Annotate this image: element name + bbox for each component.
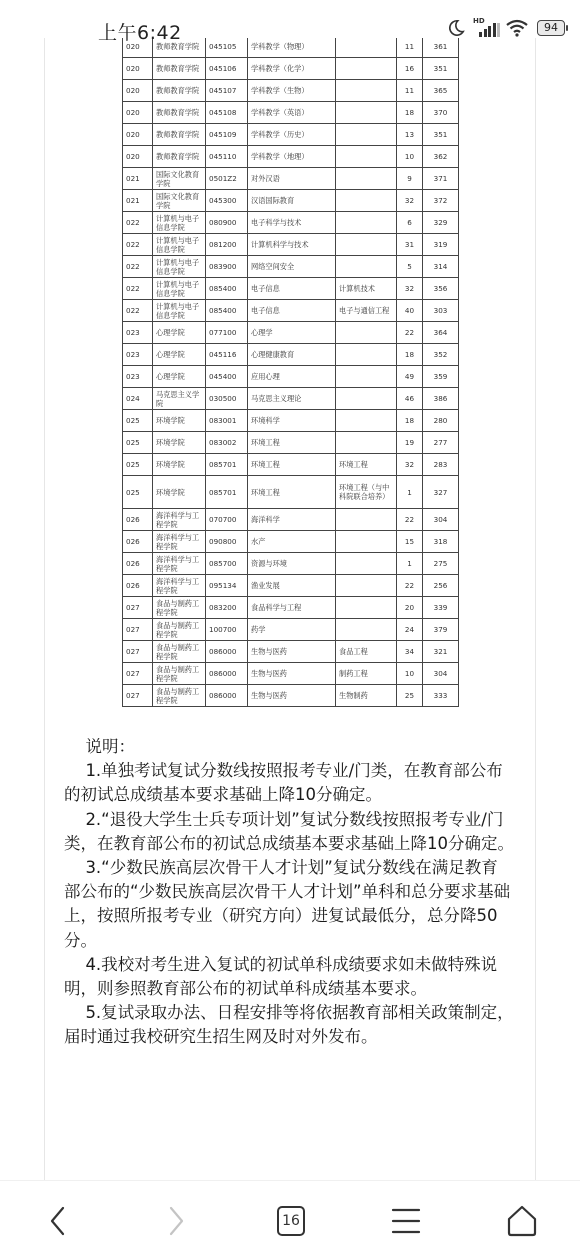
cell-major-code: 081200 (206, 234, 248, 256)
cell-major-code: 083200 (206, 597, 248, 619)
cell-major-code: 083001 (206, 410, 248, 432)
cell-count: 11 (397, 36, 423, 58)
cell-score: 352 (423, 344, 459, 366)
table-row: 020教师教育学院045109学科教学（历史）13351 (123, 124, 459, 146)
cell-code: 020 (123, 146, 153, 168)
cell-score: 277 (423, 432, 459, 454)
cell-direction (336, 388, 397, 410)
cell-major-code: 083900 (206, 256, 248, 278)
cell-direction: 食品工程 (336, 641, 397, 663)
cell-direction (336, 597, 397, 619)
cell-college: 心理学院 (153, 322, 206, 344)
cell-college: 教师教育学院 (153, 102, 206, 124)
cell-direction (336, 344, 397, 366)
cell-major-code: 045105 (206, 36, 248, 58)
cell-major-code: 045110 (206, 146, 248, 168)
cell-count: 5 (397, 256, 423, 278)
cell-college: 计算机与电子信息学院 (153, 300, 206, 322)
status-icons: HD 94 (447, 19, 568, 37)
cell-major-code: 070700 (206, 509, 248, 531)
cell-score: 362 (423, 146, 459, 168)
tabs-button[interactable]: 16 (271, 1203, 311, 1239)
table-row: 025环境学院083001环境科学18280 (123, 410, 459, 432)
cell-score: 321 (423, 641, 459, 663)
cell-major-code: 085701 (206, 454, 248, 476)
table-row: 025环境学院085701环境工程环境工程32283 (123, 454, 459, 476)
cell-score: 319 (423, 234, 459, 256)
note-item-1: 1.单独考试复试分数线按照报考专业/门类，在教育部公布的初试总成绩基本要求基础上… (64, 759, 514, 807)
cell-direction (336, 256, 397, 278)
cell-score: 280 (423, 410, 459, 432)
cell-major: 环境工程 (248, 476, 336, 509)
cell-major: 生物与医药 (248, 641, 336, 663)
cell-code: 023 (123, 322, 153, 344)
notes-section: 说明： 1.单独考试复试分数线按照报考专业/门类，在教育部公布的初试总成绩基本要… (64, 735, 514, 1050)
table-row: 023心理学院045116心理健康教育18352 (123, 344, 459, 366)
table-row: 025环境学院083002环境工程19277 (123, 432, 459, 454)
cell-major: 心理学 (248, 322, 336, 344)
table-row: 020教师教育学院045106学科教学（化学）16351 (123, 58, 459, 80)
cell-score: 275 (423, 553, 459, 575)
cell-major-code: 086000 (206, 685, 248, 707)
cell-count: 40 (397, 300, 423, 322)
cell-college: 食品与制药工程学院 (153, 663, 206, 685)
cell-score: 371 (423, 168, 459, 190)
table-row: 022计算机与电子信息学院083900网络空间安全5314 (123, 256, 459, 278)
cell-direction (336, 124, 397, 146)
wifi-icon (505, 19, 529, 37)
cell-count: 1 (397, 476, 423, 509)
cell-score: 329 (423, 212, 459, 234)
cell-college: 教师教育学院 (153, 58, 206, 80)
table-row: 023心理学院045400应用心理49359 (123, 366, 459, 388)
cell-direction (336, 509, 397, 531)
cell-score: 386 (423, 388, 459, 410)
battery-level: 94 (537, 20, 565, 36)
cell-code: 021 (123, 190, 153, 212)
table-row: 027食品与制药工程学院086000生物与医药食品工程34321 (123, 641, 459, 663)
cell-major: 电子信息 (248, 300, 336, 322)
cell-major-code: 095134 (206, 575, 248, 597)
cell-major-code: 090800 (206, 531, 248, 553)
cell-major: 水产 (248, 531, 336, 553)
cell-major: 电子科学与技术 (248, 212, 336, 234)
cell-code: 022 (123, 212, 153, 234)
cell-college: 国际文化教育学院 (153, 168, 206, 190)
cell-major: 生物与医药 (248, 663, 336, 685)
cell-college: 环境学院 (153, 410, 206, 432)
cell-count: 18 (397, 344, 423, 366)
cell-major-code: 045116 (206, 344, 248, 366)
moon-icon (447, 19, 465, 37)
cell-count: 32 (397, 278, 423, 300)
cell-college: 环境学院 (153, 454, 206, 476)
cell-direction (336, 212, 397, 234)
cell-major: 食品科学与工程 (248, 597, 336, 619)
cell-direction (336, 36, 397, 58)
cell-count: 16 (397, 58, 423, 80)
cell-direction (336, 366, 397, 388)
back-button[interactable] (38, 1203, 78, 1239)
cell-score: 351 (423, 124, 459, 146)
cell-major-code: 0501Z2 (206, 168, 248, 190)
cell-score: 283 (423, 454, 459, 476)
cell-major-code: 086000 (206, 641, 248, 663)
cell-major: 资源与环境 (248, 553, 336, 575)
cell-college: 海洋科学与工程学院 (153, 531, 206, 553)
cell-major: 学科教学（生物） (248, 80, 336, 102)
battery-icon: 94 (537, 20, 568, 36)
note-item-5: 5.复试录取办法、日程安排等将依据教育部相关政策制定，届时通过我校研究生招生网及… (64, 1001, 514, 1049)
cell-major: 学科教学（英语） (248, 102, 336, 124)
cell-code: 027 (123, 597, 153, 619)
cell-major: 环境科学 (248, 410, 336, 432)
cell-count: 25 (397, 685, 423, 707)
cell-code: 022 (123, 300, 153, 322)
table-row: 020教师教育学院045110学科教学（地理）10362 (123, 146, 459, 168)
cell-code: 020 (123, 124, 153, 146)
cell-direction (336, 619, 397, 641)
cell-major-code: 077100 (206, 322, 248, 344)
cell-score: 339 (423, 597, 459, 619)
cell-count: 24 (397, 619, 423, 641)
table-row: 024马克思主义学院030500马克思主义理论46386 (123, 388, 459, 410)
cell-direction: 计算机技术 (336, 278, 397, 300)
cell-count: 10 (397, 663, 423, 685)
score-table-container: 020教师教育学院045105学科教学（物理）11361020教师教育学院045… (122, 35, 458, 707)
cell-major: 汉语国际教育 (248, 190, 336, 212)
cell-major-code: 045108 (206, 102, 248, 124)
notes-title: 说明： (64, 735, 514, 759)
cell-major: 学科教学（地理） (248, 146, 336, 168)
cell-direction (336, 410, 397, 432)
cell-direction (336, 531, 397, 553)
cell-code: 026 (123, 531, 153, 553)
cell-direction (336, 80, 397, 102)
status-time: 上午6:42 (98, 18, 182, 45)
cell-code: 025 (123, 410, 153, 432)
cell-major-code: 085700 (206, 553, 248, 575)
cell-score: 356 (423, 278, 459, 300)
cell-college: 计算机与电子信息学院 (153, 234, 206, 256)
note-item-4: 4.我校对考生进入复试的初试单科成绩要求如未做特殊说明，则参照教育部公布的初试单… (64, 953, 514, 1001)
cell-code: 026 (123, 575, 153, 597)
cell-direction: 环境工程 (336, 454, 397, 476)
cell-score: 351 (423, 58, 459, 80)
cell-code: 026 (123, 553, 153, 575)
table-row: 020教师教育学院045108学科教学（英语）18370 (123, 102, 459, 124)
cell-college: 食品与制药工程学院 (153, 597, 206, 619)
cell-count: 1 (397, 553, 423, 575)
cell-college: 环境学院 (153, 432, 206, 454)
cell-code: 022 (123, 278, 153, 300)
home-button[interactable] (502, 1203, 542, 1239)
cell-major-code: 100700 (206, 619, 248, 641)
cell-count: 18 (397, 410, 423, 432)
cell-code: 020 (123, 58, 153, 80)
cell-major-code: 083002 (206, 432, 248, 454)
cell-major: 学科教学（化学） (248, 58, 336, 80)
table-row: 020教师教育学院045107学科教学（生物）11365 (123, 80, 459, 102)
table-row: 021国际文化教育学院0501Z2对外汉语9371 (123, 168, 459, 190)
cell-major-code: 045300 (206, 190, 248, 212)
cell-major: 心理健康教育 (248, 344, 336, 366)
cell-college: 海洋科学与工程学院 (153, 575, 206, 597)
cell-count: 32 (397, 454, 423, 476)
cell-direction (336, 146, 397, 168)
cell-college: 食品与制药工程学院 (153, 641, 206, 663)
cell-code: 022 (123, 256, 153, 278)
cell-score: 327 (423, 476, 459, 509)
cell-major: 网络空间安全 (248, 256, 336, 278)
cell-code: 025 (123, 454, 153, 476)
cell-direction (336, 322, 397, 344)
cell-count: 13 (397, 124, 423, 146)
cell-code: 021 (123, 168, 153, 190)
cell-score: 303 (423, 300, 459, 322)
cell-direction (336, 190, 397, 212)
cell-college: 教师教育学院 (153, 80, 206, 102)
cell-college: 计算机与电子信息学院 (153, 212, 206, 234)
cell-count: 49 (397, 366, 423, 388)
cell-code: 022 (123, 234, 153, 256)
cell-college: 心理学院 (153, 344, 206, 366)
cell-major-code: 085400 (206, 300, 248, 322)
cell-score: 314 (423, 256, 459, 278)
cell-college: 教师教育学院 (153, 124, 206, 146)
cell-direction (336, 575, 397, 597)
cell-code: 020 (123, 102, 153, 124)
note-item-2: 2.“退役大学生士兵专项计划”复试分数线按照报考专业/门类，在教育部公布的初试总… (64, 808, 514, 856)
cell-count: 18 (397, 102, 423, 124)
status-bar: 上午6:42 HD 94 (0, 0, 580, 38)
cell-count: 22 (397, 509, 423, 531)
cell-college: 环境学院 (153, 476, 206, 509)
score-table: 020教师教育学院045105学科教学（物理）11361020教师教育学院045… (122, 35, 459, 707)
cell-major-code: 080900 (206, 212, 248, 234)
cell-count: 31 (397, 234, 423, 256)
cell-score: 370 (423, 102, 459, 124)
cell-score: 361 (423, 36, 459, 58)
cell-major: 生物与医药 (248, 685, 336, 707)
cell-major-code: 045107 (206, 80, 248, 102)
cell-direction: 制药工程 (336, 663, 397, 685)
cell-college: 计算机与电子信息学院 (153, 256, 206, 278)
table-row: 026海洋科学与工程学院090800水产15318 (123, 531, 459, 553)
cell-college: 马克思主义学院 (153, 388, 206, 410)
cell-score: 333 (423, 685, 459, 707)
cell-major-code: 085400 (206, 278, 248, 300)
chevron-right-icon (166, 1205, 186, 1237)
cell-code: 027 (123, 641, 153, 663)
cell-major-code: 030500 (206, 388, 248, 410)
cell-major-code: 045106 (206, 58, 248, 80)
cell-major: 应用心理 (248, 366, 336, 388)
cell-code: 023 (123, 366, 153, 388)
cell-direction (336, 102, 397, 124)
table-row: 027食品与制药工程学院100700药学24379 (123, 619, 459, 641)
table-row: 027食品与制药工程学院083200食品科学与工程20339 (123, 597, 459, 619)
cell-count: 20 (397, 597, 423, 619)
cell-major: 环境工程 (248, 454, 336, 476)
table-row: 026海洋科学与工程学院085700资源与环境1275 (123, 553, 459, 575)
cell-direction (336, 58, 397, 80)
cell-code: 025 (123, 432, 153, 454)
table-row: 026海洋科学与工程学院070700海洋科学22304 (123, 509, 459, 531)
table-row: 027食品与制药工程学院086000生物与医药生物制药25333 (123, 685, 459, 707)
cell-major: 电子信息 (248, 278, 336, 300)
cell-code: 027 (123, 663, 153, 685)
cell-major: 对外汉语 (248, 168, 336, 190)
cell-direction (336, 553, 397, 575)
cell-score: 256 (423, 575, 459, 597)
cell-college: 国际文化教育学院 (153, 190, 206, 212)
chevron-left-icon (48, 1205, 68, 1237)
cell-major-code: 045400 (206, 366, 248, 388)
cell-code: 027 (123, 619, 153, 641)
table-row: 022计算机与电子信息学院080900电子科学与技术6329 (123, 212, 459, 234)
cell-major-code: 086000 (206, 663, 248, 685)
cell-college: 食品与制药工程学院 (153, 619, 206, 641)
cell-major-code: 045109 (206, 124, 248, 146)
cell-major: 计算机科学与技术 (248, 234, 336, 256)
cell-direction (336, 234, 397, 256)
cell-score: 372 (423, 190, 459, 212)
cell-count: 6 (397, 212, 423, 234)
cell-score: 304 (423, 509, 459, 531)
cell-college: 海洋科学与工程学院 (153, 553, 206, 575)
cell-count: 22 (397, 575, 423, 597)
cell-score: 304 (423, 663, 459, 685)
cell-direction: 电子与通信工程 (336, 300, 397, 322)
cell-major: 马克思主义理论 (248, 388, 336, 410)
menu-button[interactable] (386, 1203, 426, 1239)
table-row: 027食品与制药工程学院086000生物与医药制药工程10304 (123, 663, 459, 685)
cell-code: 023 (123, 344, 153, 366)
cell-code: 024 (123, 388, 153, 410)
cell-college: 食品与制药工程学院 (153, 685, 206, 707)
cell-score: 318 (423, 531, 459, 553)
cell-count: 10 (397, 146, 423, 168)
cell-major: 学科教学（历史） (248, 124, 336, 146)
cell-code: 020 (123, 80, 153, 102)
table-row: 025环境学院085701环境工程环境工程（与中科院联合培养）1327 (123, 476, 459, 509)
table-body: 020教师教育学院045105学科教学（物理）11361020教师教育学院045… (123, 36, 459, 707)
table-row: 022计算机与电子信息学院085400电子信息计算机技术32356 (123, 278, 459, 300)
cell-count: 34 (397, 641, 423, 663)
cell-direction: 生物制药 (336, 685, 397, 707)
cell-college: 教师教育学院 (153, 146, 206, 168)
cell-count: 19 (397, 432, 423, 454)
cell-score: 359 (423, 366, 459, 388)
cell-code: 025 (123, 476, 153, 509)
table-row: 026海洋科学与工程学院095134渔业发展22256 (123, 575, 459, 597)
cell-score: 364 (423, 322, 459, 344)
cell-count: 11 (397, 80, 423, 102)
hd-signal-icon: HD (473, 19, 497, 37)
browser-bottom-nav: 16 (0, 1180, 580, 1257)
hamburger-menu-icon (391, 1207, 421, 1235)
cell-major-code: 085701 (206, 476, 248, 509)
note-item-3: 3.“少数民族高层次骨干人才计划”复试分数线在满足教育部公布的“少数民族高层次骨… (64, 856, 514, 953)
cell-count: 15 (397, 531, 423, 553)
cell-score: 379 (423, 619, 459, 641)
cell-direction: 环境工程（与中科院联合培养） (336, 476, 397, 509)
cell-count: 46 (397, 388, 423, 410)
cell-major: 渔业发展 (248, 575, 336, 597)
table-row: 022计算机与电子信息学院081200计算机科学与技术31319 (123, 234, 459, 256)
home-icon (506, 1205, 538, 1237)
cell-major: 学科教学（物理） (248, 36, 336, 58)
cell-score: 365 (423, 80, 459, 102)
table-row: 022计算机与电子信息学院085400电子信息电子与通信工程40303 (123, 300, 459, 322)
tab-count-badge: 16 (277, 1206, 305, 1236)
cell-count: 22 (397, 322, 423, 344)
cell-direction (336, 432, 397, 454)
cell-count: 9 (397, 168, 423, 190)
cell-count: 32 (397, 190, 423, 212)
cell-college: 计算机与电子信息学院 (153, 278, 206, 300)
cell-major: 环境工程 (248, 432, 336, 454)
cell-code: 026 (123, 509, 153, 531)
table-row: 021国际文化教育学院045300汉语国际教育32372 (123, 190, 459, 212)
table-row: 023心理学院077100心理学22364 (123, 322, 459, 344)
cell-direction (336, 168, 397, 190)
cell-code: 027 (123, 685, 153, 707)
cell-major: 海洋科学 (248, 509, 336, 531)
cell-college: 海洋科学与工程学院 (153, 509, 206, 531)
cell-major: 药学 (248, 619, 336, 641)
forward-button[interactable] (156, 1203, 196, 1239)
cell-college: 心理学院 (153, 366, 206, 388)
